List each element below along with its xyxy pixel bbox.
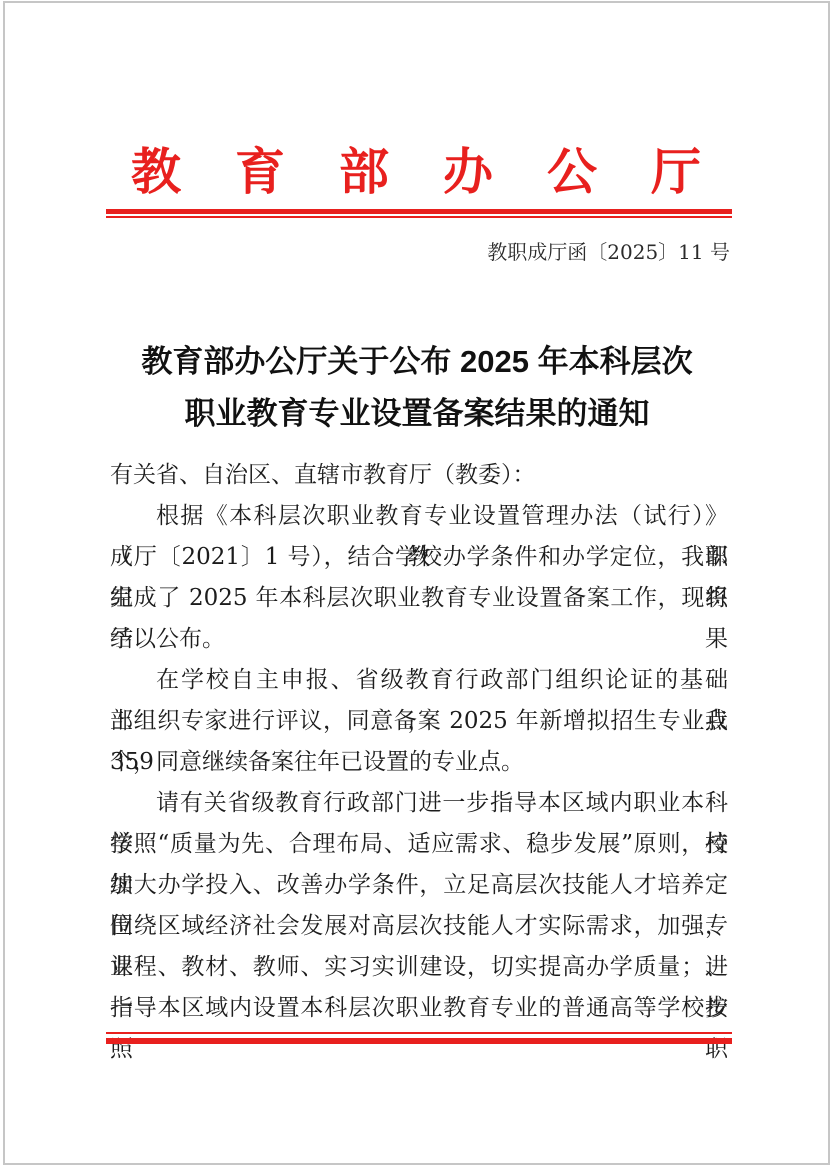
masthead-title: 教 育 部 办 公 厅 [0,132,834,204]
document-title: 教育部办公厅关于公布 2025 年本科层次 职业教育专业设置备案结果的通知 [0,336,834,440]
body-line: 在学校自主申报、省级教育行政部门组织论证的基础上，我 [110,660,728,701]
body-line-salutation: 有关省、自治区、直辖市教育厅（教委）： [110,455,728,496]
document-body: 有关省、自治区、直辖市教育厅（教委）： 根据《本科层次职业教育专业设置管理办法（… [110,455,728,1029]
body-line: 个，同意继续备案往年已设置的专业点。 [110,742,728,783]
document-number: 教职成厅函〔2025〕11 号 [487,236,730,265]
footer-rule-thin [106,1032,732,1034]
body-line: 课程、教材、教师、实习实训建设，切实提高办学质量；进一步 [110,947,728,988]
body-line: 根据《本科层次职业教育专业设置管理办法（试行）》（教职 [110,496,728,537]
body-line: 部组织专家进行评议，同意备案 2025 年新增拟招生专业点 359 [110,701,728,742]
body-line: 请有关省级教育行政部门进一步指导本区域内职业本科学校 [110,783,728,824]
document-page: 教 育 部 办 公 厅 教职成厅函〔2025〕11 号 教育部办公厅关于公布 2… [0,0,834,1168]
body-line: 指导本区域内设置本科层次职业教育专业的普通高等学校按照职 [110,988,728,1029]
header-rule-thin [106,216,732,218]
body-line: 成厅〔2021〕1 号），结合学校办学条件和办学定位，我部组织 [110,537,728,578]
document-title-line-2: 职业教育专业设置备案结果的通知 [0,388,834,440]
document-title-line-1: 教育部办公厅关于公布 2025 年本科层次 [0,336,834,388]
footer-rule-thick [106,1038,732,1044]
body-line: 加大办学投入、改善办学条件，立足高层次技能人才培养定位， [110,865,728,906]
body-line: 围绕区域经济社会发展对高层次技能人才实际需求，加强专业、 [110,906,728,947]
header-rule-thick [106,209,732,214]
body-line: 按照“质量为先、合理布局、适应需求、稳步发展”原则，持续 [110,824,728,865]
body-line: 完成了 2025 年本科层次职业教育专业设置备案工作，现将结果 [110,578,728,619]
